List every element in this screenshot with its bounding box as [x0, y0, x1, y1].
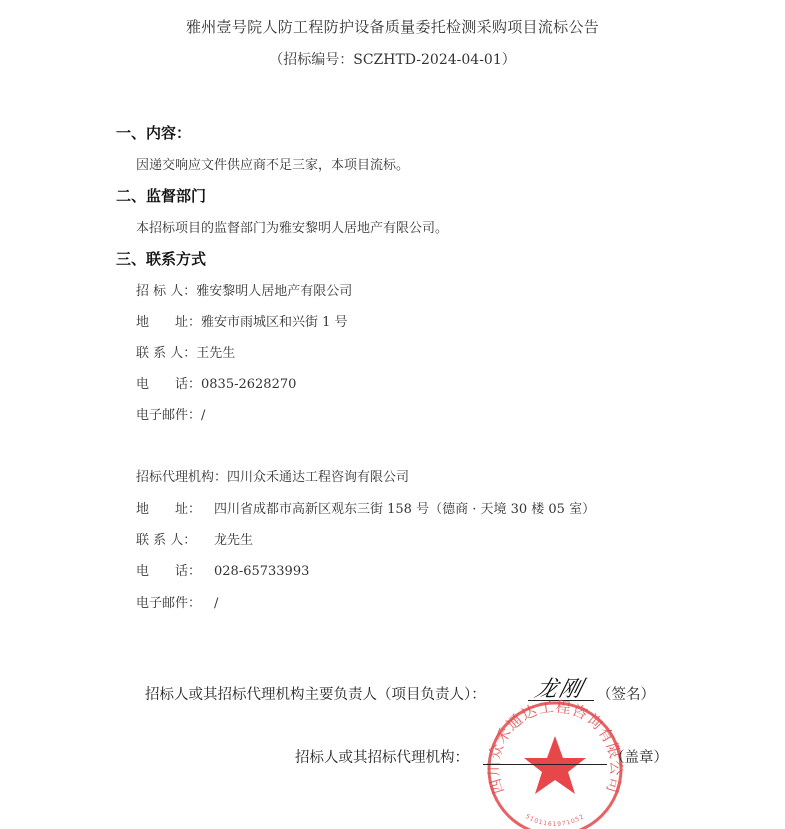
field-value: 雅安市雨城区和兴街 1 号: [201, 315, 348, 330]
field-value: 雅安黎明人居地产有限公司: [196, 284, 352, 299]
agency-email-row: 电子邮件：/: [136, 592, 218, 611]
section-body-supervision: 本招标项目的监督部门为雅安黎明人居地产有限公司。: [136, 217, 448, 236]
svg-text:5101161971052: 5101161971052: [524, 813, 586, 828]
field-label: 招标代理机构：: [136, 466, 227, 485]
tenderer-name-row: 招 标 人：雅安黎明人居地产有限公司: [136, 280, 352, 299]
section-body-content: 因递交响应文件供应商不足三家，本项目流标。: [136, 154, 409, 173]
tender-number: （招标编号：SCZHTD-2024-04-01）: [0, 49, 785, 69]
seal-suffix: （盖章）: [610, 746, 668, 767]
agency-name-row: 招标代理机构：四川众禾通达工程咨询有限公司: [136, 466, 409, 485]
signature-label: 招标人或其招标代理机构主要负责人（项目负责人）：: [145, 683, 486, 704]
document-title: 雅州壹号院人防工程防护设备质量委托检测采购项目流标公告: [0, 16, 785, 37]
agency-contact-row: 联 系 人：龙先生: [136, 529, 253, 548]
field-value: /: [201, 408, 205, 423]
field-label: 电 话：: [136, 560, 214, 579]
section-heading-supervision: 二、监督部门: [116, 185, 206, 206]
field-label: 电 话：: [136, 373, 201, 392]
field-value: 0835-2628270: [201, 377, 296, 392]
field-label: 电子邮件：: [136, 592, 214, 611]
tenderer-email-row: 电子邮件：/: [136, 404, 205, 423]
agency-address-row: 地 址：四川省成都市高新区观东三街 158 号（德商 · 天境 30 楼 05 …: [136, 498, 595, 517]
field-label: 招 标 人：: [136, 280, 196, 299]
section-heading-contact: 三、联系方式: [116, 248, 206, 269]
section-heading-content: 一、内容：: [116, 122, 191, 143]
field-label: 地 址：: [136, 311, 201, 330]
field-value: 龙先生: [214, 533, 253, 548]
tenderer-address-row: 地 址：雅安市雨城区和兴街 1 号: [136, 311, 348, 330]
tenderer-phone-row: 电 话：0835-2628270: [136, 373, 296, 392]
company-seal-icon: 四川众禾通达工程咨询有限公司 5101161971052: [480, 694, 630, 829]
field-value: 王先生: [196, 346, 235, 361]
field-value: /: [214, 596, 218, 611]
agency-phone-row: 电 话：028-65733993: [136, 560, 309, 579]
tenderer-contact-row: 联 系 人：王先生: [136, 342, 235, 361]
field-value: 028-65733993: [214, 564, 309, 579]
field-value: 四川省成都市高新区观东三街 158 号（德商 · 天境 30 楼 05 室）: [214, 502, 595, 517]
field-value: 四川众禾通达工程咨询有限公司: [227, 470, 409, 485]
seal-underline: [483, 764, 607, 765]
field-label: 联 系 人：: [136, 342, 196, 361]
field-label: 联 系 人：: [136, 529, 214, 548]
field-label: 电子邮件：: [136, 404, 201, 423]
field-label: 地 址：: [136, 498, 214, 517]
seal-label: 招标人或其招标代理机构：: [295, 746, 469, 767]
